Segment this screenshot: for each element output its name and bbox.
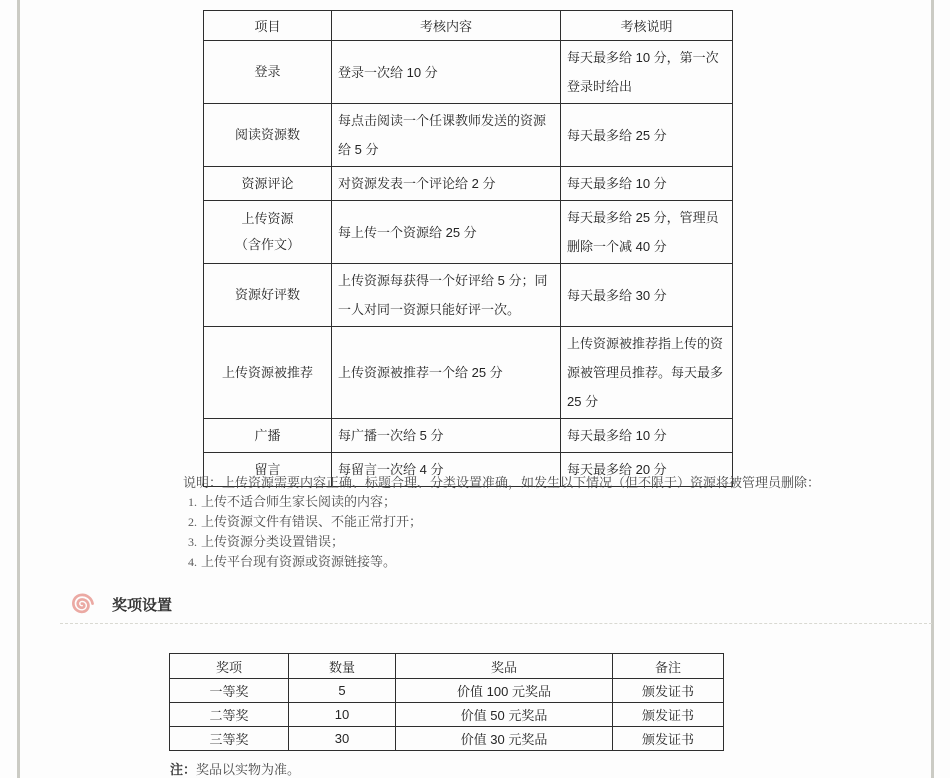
header-note: 考核说明	[561, 11, 733, 41]
assessment-table: 项目 考核内容 考核说明 登录 登录一次给 10 分 每天最多给 10 分，第一…	[203, 10, 733, 487]
cell-item: 广播	[204, 419, 332, 453]
cell-award: 一等奖	[170, 679, 289, 703]
cell-note: 每天最多给 25 分，管理员删除一个减 40 分	[561, 201, 733, 264]
cell-note: 每天最多给 30 分	[561, 264, 733, 327]
cell-quantity: 10	[289, 703, 396, 727]
table-row: 阅读资源数 每点击阅读一个任课教师发送的资源给 5 分 每天最多给 25 分	[204, 104, 733, 167]
table-row: 资源好评数 上传资源每获得一个好评给 5 分；同一人对同一资源只能好评一次。 每…	[204, 264, 733, 327]
cell-item: 阅读资源数	[204, 104, 332, 167]
cell-quantity: 30	[289, 727, 396, 751]
document-page: 项目 考核内容 考核说明 登录 登录一次给 10 分 每天最多给 10 分，第一…	[0, 0, 950, 778]
cell-content: 每上传一个资源给 25 分	[332, 201, 561, 264]
awards-note: 注：奖品以实物为准。	[170, 759, 300, 778]
cell-award: 三等奖	[170, 727, 289, 751]
table-row: 登录 登录一次给 10 分 每天最多给 10 分，第一次登录时给出	[204, 41, 733, 104]
cell-remark: 颁发证书	[613, 679, 724, 703]
dashed-divider	[60, 623, 932, 624]
cell-award: 二等奖	[170, 703, 289, 727]
cell-content: 上传资源被推荐一个给 25 分	[332, 327, 561, 419]
instruction-text: 上传资源分类设置错误；	[201, 534, 344, 549]
instruction-text: 上传平台现有资源或资源链接等。	[201, 554, 396, 569]
section-title: 奖项设置	[112, 594, 172, 615]
cell-item: 上传资源 （含作文）	[204, 201, 332, 264]
cell-prize: 价值 100 元奖品	[396, 679, 613, 703]
cell-note: 每天最多给 25 分	[561, 104, 733, 167]
instruction-number: 2.	[188, 515, 197, 529]
header-prize: 奖品	[396, 654, 613, 679]
cell-prize: 价值 30 元奖品	[396, 727, 613, 751]
instruction-item: 2.上传资源文件有错误、不能正常打开；	[183, 512, 933, 532]
header-item: 项目	[204, 11, 332, 41]
instruction-item: 1.上传不适合师生家长阅读的内容；	[183, 492, 933, 512]
table-row: 上传资源 （含作文） 每上传一个资源给 25 分 每天最多给 25 分，管理员删…	[204, 201, 733, 264]
cell-note: 每天最多给 10 分	[561, 167, 733, 201]
awards-table: 奖项 数量 奖品 备注 一等奖 5 价值 100 元奖品 颁发证书 二等奖 10…	[169, 653, 724, 751]
cell-item-line2: （含作文）	[208, 232, 327, 258]
cell-content: 上传资源每获得一个好评给 5 分；同一人对同一资源只能好评一次。	[332, 264, 561, 327]
table-row: 二等奖 10 价值 50 元奖品 颁发证书	[170, 703, 724, 727]
instruction-number: 4.	[188, 555, 197, 569]
cell-item: 资源好评数	[204, 264, 332, 327]
table-row: 三等奖 30 价值 30 元奖品 颁发证书	[170, 727, 724, 751]
header-content: 考核内容	[332, 11, 561, 41]
note-label: 注：	[170, 762, 196, 777]
cell-note: 每天最多给 10 分	[561, 419, 733, 453]
awards-section-header: 奖项设置	[66, 589, 172, 620]
cell-content: 每点击阅读一个任课教师发送的资源给 5 分	[332, 104, 561, 167]
instructions: 说明：上传资源需要内容正确、标题合理、分类设置准确，如发生以下情况（但不限于）资…	[183, 473, 933, 572]
instruction-number: 3.	[188, 535, 197, 549]
table-row: 广播 每广播一次给 5 分 每天最多给 10 分	[204, 419, 733, 453]
cell-item: 资源评论	[204, 167, 332, 201]
header-remark: 备注	[613, 654, 724, 679]
cell-quantity: 5	[289, 679, 396, 703]
instruction-item: 3.上传资源分类设置错误；	[183, 532, 933, 552]
header-award: 奖项	[170, 654, 289, 679]
note-text: 奖品以实物为准。	[196, 762, 300, 777]
cell-content: 对资源发表一个评论给 2 分	[332, 167, 561, 201]
cell-remark: 颁发证书	[613, 727, 724, 751]
header-quantity: 数量	[289, 654, 396, 679]
left-page-border	[17, 0, 20, 778]
table-row: 一等奖 5 价值 100 元奖品 颁发证书	[170, 679, 724, 703]
cell-item: 上传资源被推荐	[204, 327, 332, 419]
cell-item-line1: 上传资源	[208, 206, 327, 232]
cell-prize: 价值 50 元奖品	[396, 703, 613, 727]
cell-item: 登录	[204, 41, 332, 104]
instruction-text: 上传资源文件有错误、不能正常打开；	[201, 514, 422, 529]
instructions-intro: 说明：上传资源需要内容正确、标题合理、分类设置准确，如发生以下情况（但不限于）资…	[183, 473, 933, 492]
instruction-text: 上传不适合师生家长阅读的内容；	[201, 494, 396, 509]
instruction-item: 4.上传平台现有资源或资源链接等。	[183, 552, 933, 572]
cell-remark: 颁发证书	[613, 703, 724, 727]
right-page-border	[931, 0, 934, 778]
cell-content: 每广播一次给 5 分	[332, 419, 561, 453]
cell-note: 每天最多给 10 分，第一次登录时给出	[561, 41, 733, 104]
awards-header-row: 奖项 数量 奖品 备注	[170, 654, 724, 679]
spiral-icon	[66, 589, 97, 620]
cell-note: 上传资源被推荐指上传的资源被管理员推荐。每天最多 25 分	[561, 327, 733, 419]
table-row: 上传资源被推荐 上传资源被推荐一个给 25 分 上传资源被推荐指上传的资源被管理…	[204, 327, 733, 419]
assessment-header-row: 项目 考核内容 考核说明	[204, 11, 733, 41]
instruction-number: 1.	[188, 495, 197, 509]
table-row: 资源评论 对资源发表一个评论给 2 分 每天最多给 10 分	[204, 167, 733, 201]
cell-content: 登录一次给 10 分	[332, 41, 561, 104]
